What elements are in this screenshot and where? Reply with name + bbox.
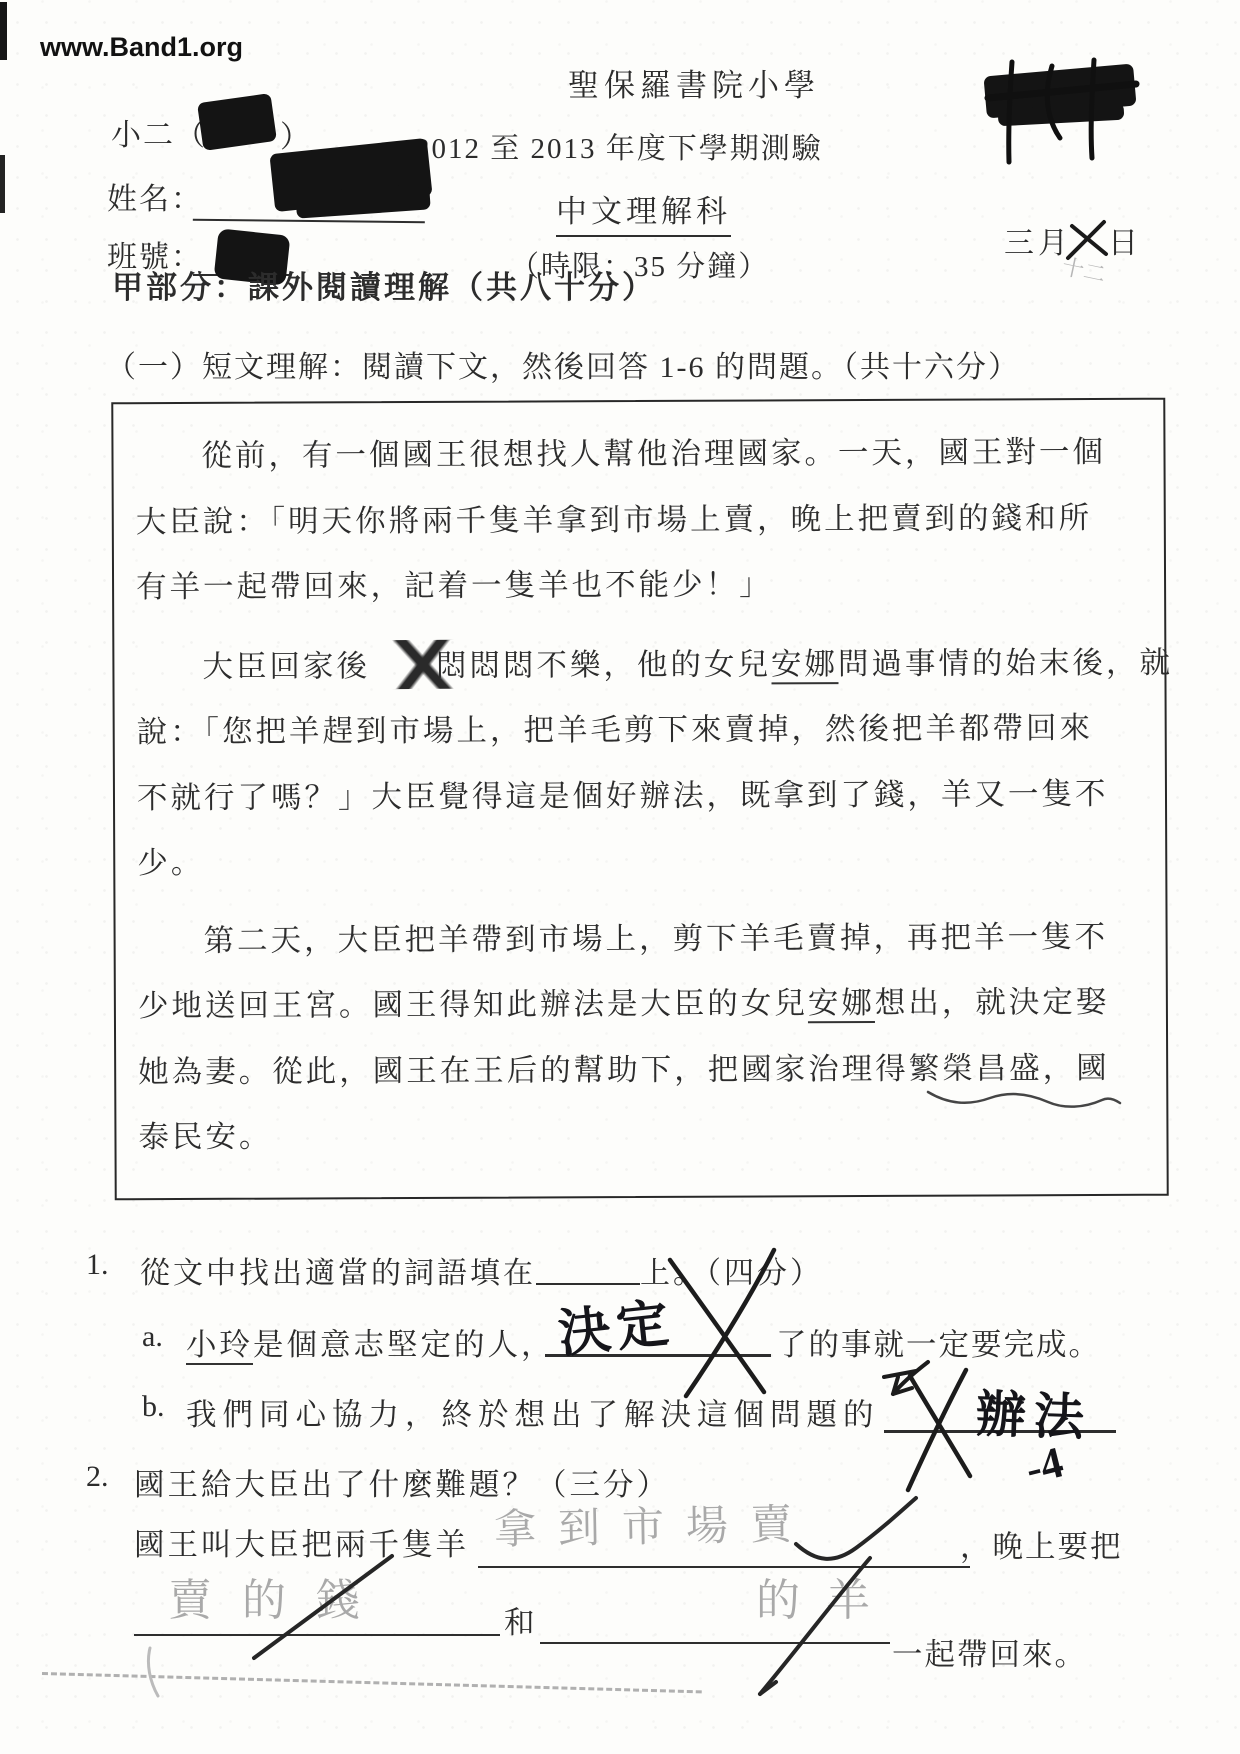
scan-edge-artifact (0, 155, 5, 213)
pencil-answer-2-2: 賣的錢 (168, 1564, 390, 1628)
question-1a-label: a. (142, 1320, 163, 1354)
passage-text: ，國 (1043, 1050, 1110, 1084)
question-1a-text: 小玲是個意志堅定的人， (186, 1320, 555, 1364)
exam-date-month: 三月 (1004, 218, 1072, 262)
passage-line: 不就行了嗎？」大臣覺得這是個好辦法，既拿到了錢，羊又一隻不 (137, 761, 1151, 831)
underlined-name: 小玲 (186, 1328, 253, 1365)
passage-text: 大臣回家後 (202, 649, 370, 684)
class-value-redaction (197, 93, 277, 151)
pencil-stray-stroke (148, 1648, 158, 1696)
pencil-date-note: 十二 (1059, 250, 1108, 289)
subject-title: 中文理解科 (556, 186, 731, 237)
question-1a-text-end: 了的事就一定要完成。 (776, 1320, 1101, 1364)
wavy-underlined-phrase: 繁榮昌盛 (909, 1051, 1043, 1086)
passage-line: 有羊一起帶回來，記着一隻羊也不能少！」 (136, 551, 1150, 621)
passage-line: 大臣說：「明天你將兩千隻羊拿到市場上賣，晚上把賣到的錢和所 (136, 485, 1150, 555)
pencil-answer-2-1: 拿到市場賣 (494, 1491, 815, 1557)
scanned-exam-page: www.Band1.org 聖保羅書院小學 小二（ ） 2012 至 2013 … (0, 0, 1240, 1754)
question-2-answer-mid: ，晚上要把 (960, 1522, 1123, 1566)
question-2-conjunction: 和 (504, 1598, 535, 1642)
passage-text: 她為妻。從此，國王在王后的幫助下，把國家治理得 (138, 1051, 909, 1088)
passage-text: 問過事情的始末後，就 (838, 645, 1173, 680)
scribbled-character: 悶 (370, 633, 470, 699)
handwritten-answer-1b: 辦法 (975, 1374, 1093, 1450)
stem-text: 是個意志堅定的人， (253, 1328, 555, 1362)
passage-text: 想出，就決定娶 (875, 985, 1110, 1020)
question-2-answer-end: 一起帶回來。 (892, 1630, 1087, 1674)
underlined-name: 安娜 (808, 986, 875, 1023)
passage-line: 從前，有一個國王很想找人幫他治理國家。一天，國王對一個 (135, 420, 1149, 490)
passage-box: 從前，有一個國王很想找人幫他治理國家。一天，國王對一個 大臣說：「明天你將兩千隻… (111, 398, 1168, 1201)
exam-date-day: 日 (1108, 218, 1138, 262)
stem-text: 從文中找出適當的詞語填在 (140, 1257, 536, 1290)
fold-dashed-line (42, 1672, 702, 1693)
passage-line: 她為妻。從此，國王在王后的幫助下，把國家治理得繁榮昌盛，國 (138, 1035, 1152, 1105)
school-name: 聖保羅書院小學 (568, 60, 820, 105)
passage-text: 少地送回王宮。國王得知此辦法是大臣的女兒 (138, 986, 808, 1023)
passage-line: 說：「您把羊趕到市場上，把羊毛剪下來賣掉，然後把羊都帶回來 (137, 696, 1151, 766)
check-mark-2-3 (760, 1682, 776, 1694)
pencil-answer-2-3: 的羊 (756, 1564, 896, 1628)
date-cross-mark (1072, 226, 1106, 254)
exam-title: 2012 至 2013 年度下學期測驗 (415, 126, 823, 167)
watermark: www.Band1.org (40, 32, 243, 63)
passage-line: 大臣回家後悶悶悶不樂，他的女兒安娜問過事情的始末後，就 (136, 630, 1150, 700)
question-2-answer-prefix: 國王叫大臣把兩千隻羊 (134, 1520, 469, 1564)
question-1b-text: 我們同心協力，終於想出了解決這個問題的 (186, 1390, 880, 1434)
passage-text: 悶悶不樂，他的女兒 (469, 647, 771, 682)
section-one-heading: （一）短文理解：閱讀下文，然後回答 1-6 的問題。（共十六分） (106, 342, 1020, 386)
question-1-stem: 從文中找出適當的詞語填在上。（四分） (140, 1248, 823, 1292)
stem-inline-blank (536, 1253, 640, 1285)
name-field-label: 姓名： (107, 174, 203, 218)
class-field-label: 小二（ (111, 110, 207, 154)
passage-line: 少地送回王宮。國王得知此辦法是大臣的女兒安娜想出，就決定娶 (138, 970, 1152, 1040)
student-answer-1a: 決定 (554, 1280, 677, 1367)
question-2-number: 2. (86, 1460, 109, 1494)
passage-line: 少。 (137, 827, 1151, 897)
passage-line: 泰民安。 (138, 1101, 1152, 1171)
class-field-close: ） (280, 112, 310, 156)
scan-edge-artifact (0, 2, 7, 60)
question-1-number: 1. (86, 1248, 109, 1282)
question-1b-label: b. (142, 1390, 165, 1424)
part-a-heading: 甲部分：課外閱讀理解（共八十分） (112, 262, 656, 307)
pen-scribble-arrow (884, 1371, 916, 1377)
underlined-name: 安娜 (771, 647, 838, 684)
passage-line: 第二天，大臣把羊帶到市場上，剪下羊毛賣掉，再把羊一隻不 (137, 904, 1151, 974)
